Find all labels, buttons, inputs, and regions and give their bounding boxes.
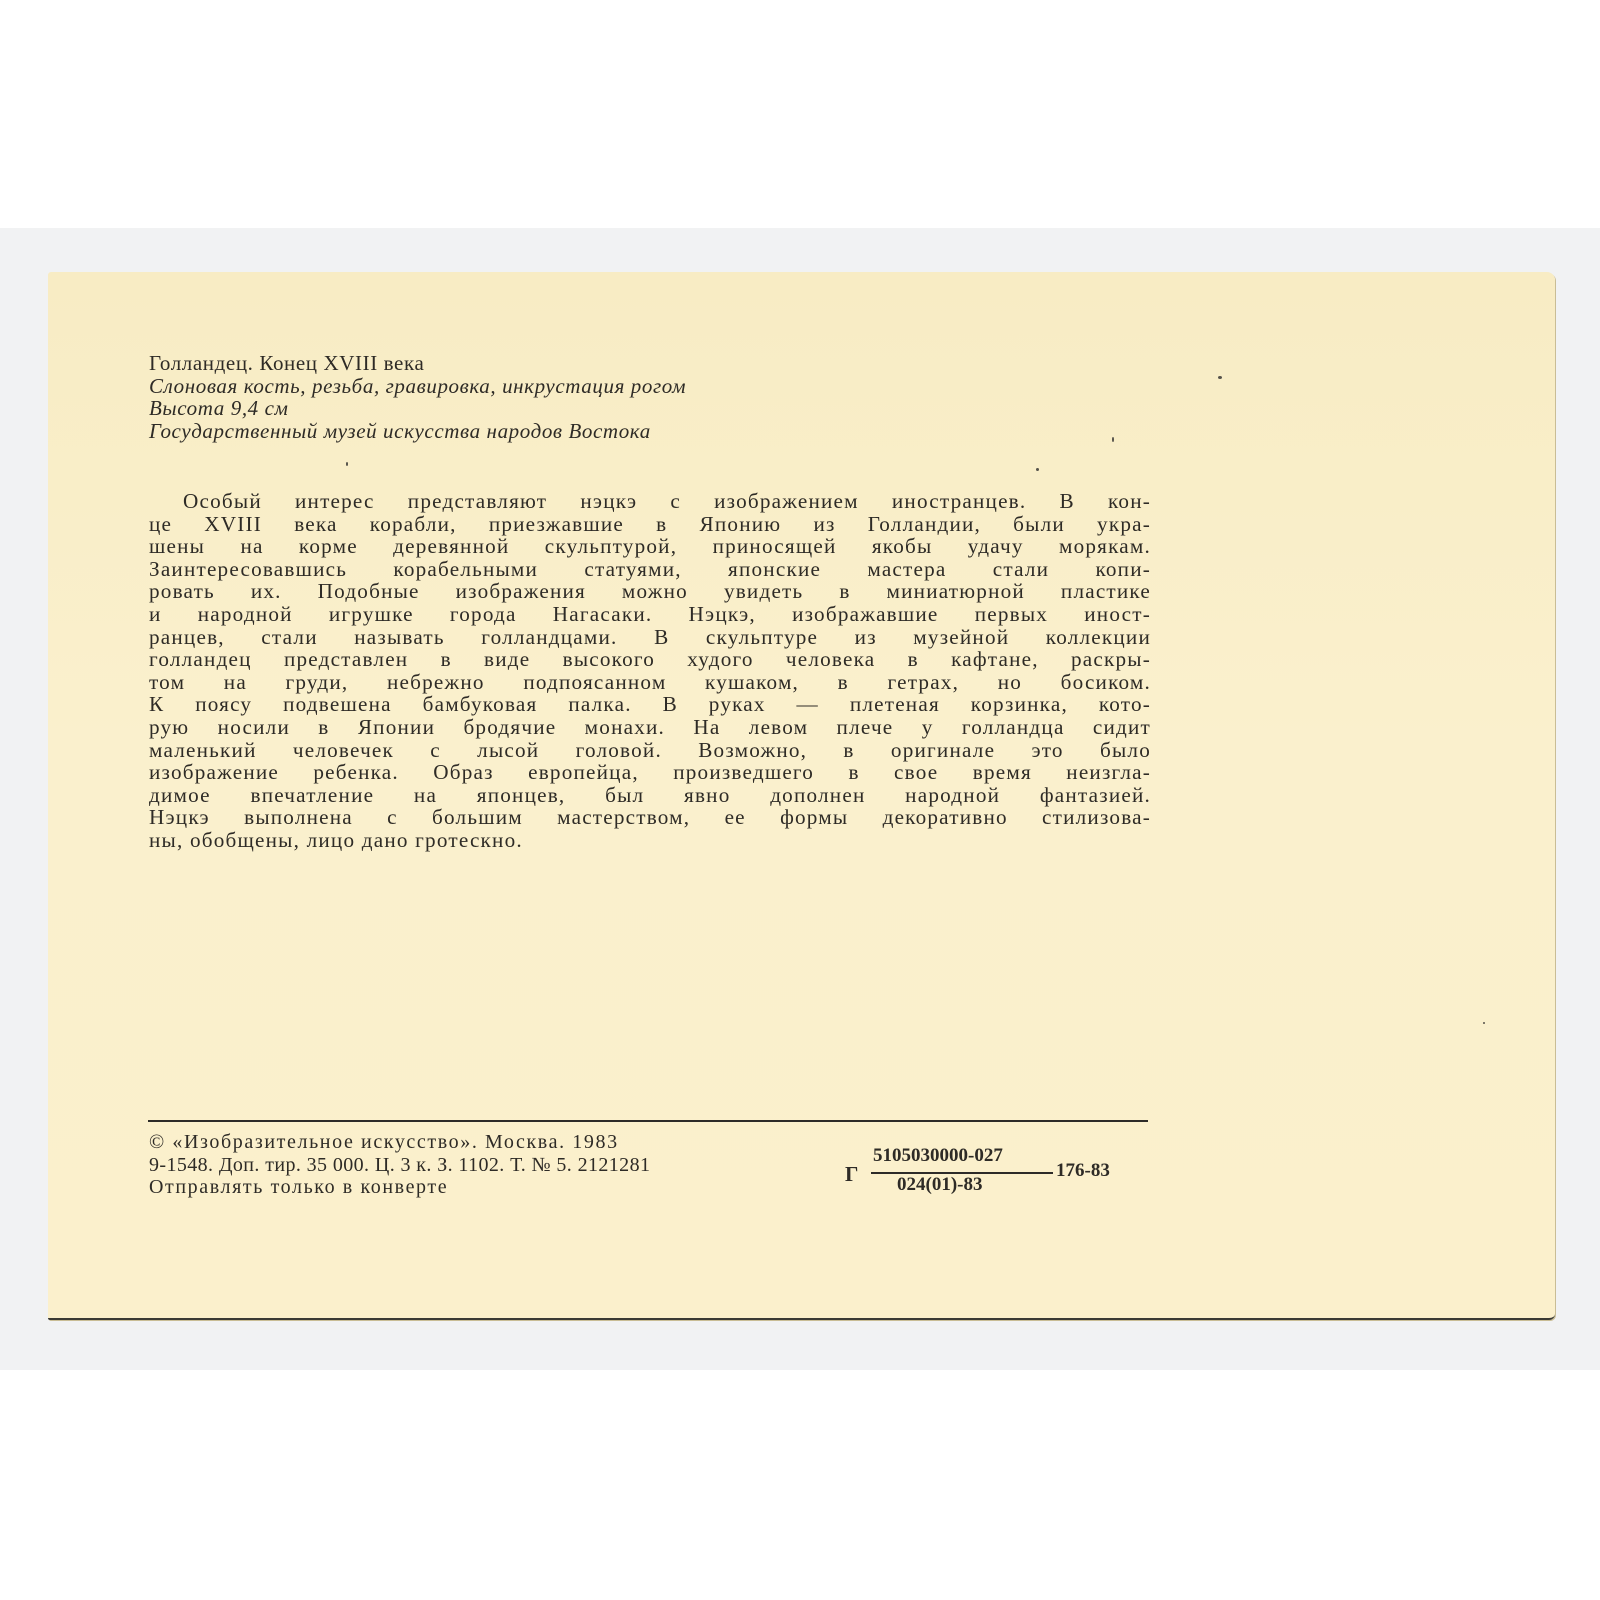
description-line: це XVIII века корабли, приезжавшие в Япо…	[149, 513, 1151, 536]
separator-line	[148, 1120, 1148, 1122]
catalog-denominator: 024(01)-83	[897, 1174, 982, 1196]
print-speck	[1218, 376, 1222, 379]
description-line: голландец представлен в виде высокого ху…	[149, 648, 1151, 671]
description-line: рую носили в Японии бродячие монахи. На …	[149, 716, 1151, 739]
print-speck	[1112, 437, 1114, 442]
publisher-line: © «Изобразительное искусство». Москва. 1…	[149, 1131, 650, 1154]
artwork-title: Голландец. Конец XVIII века	[149, 352, 1049, 375]
artwork-height: Высота 9,4 см	[149, 397, 1049, 420]
description-line: димое впечатление на японцев, был явно д…	[149, 784, 1151, 807]
description-line: и народной игрушке города Нагасаки. Нэцк…	[149, 603, 1151, 626]
description-line: Заинтересовавшись корабельными статуями,…	[149, 558, 1151, 581]
description-line: ны, обобщены, лицо дано гротескно.	[149, 829, 1151, 852]
catalog-letter: Г	[845, 1162, 858, 1187]
artwork-material: Слоновая кость, резьба, гравировка, инкр…	[149, 375, 1049, 398]
description-line: шены на корме деревянной скульптурой, пр…	[149, 535, 1151, 558]
catalog-code: Г 5105030000-027 024(01)-83 176-83	[845, 1148, 1145, 1208]
description-line: том на груди, небрежно подпоясанном куша…	[149, 671, 1151, 694]
description-line: изображение ребенка. Образ европейца, пр…	[149, 761, 1151, 784]
artwork-caption: Голландец. Конец XVIII века Слоновая кос…	[149, 352, 1049, 442]
artwork-museum: Государственный музей искусства народов …	[149, 420, 1049, 443]
catalog-numerator: 5105030000-027	[873, 1145, 1003, 1167]
description-line: Нэцкэ выполнена с большим мастерством, е…	[149, 806, 1151, 829]
print-speck	[346, 462, 348, 466]
print-speck	[1483, 1022, 1485, 1024]
publisher-imprint: © «Изобразительное искусство». Москва. 1…	[149, 1131, 650, 1199]
description-line: маленький человечек с лысой головой. Воз…	[149, 739, 1151, 762]
catalog-suffix: 176-83	[1056, 1160, 1110, 1182]
description-line: ранцев, стали называть голландцами. В ск…	[149, 626, 1151, 649]
description-line: Особый интерес представляют нэцкэ с изоб…	[149, 490, 1151, 513]
print-speck	[1036, 468, 1039, 471]
description-text: Особый интерес представляют нэцкэ с изоб…	[149, 490, 1151, 852]
mailing-note: Отправлять только в конверте	[149, 1176, 650, 1199]
print-info-line: 9-1548. Доп. тир. 35 000. Ц. 3 к. З. 110…	[149, 1154, 650, 1177]
description-line: ровать их. Подобные изображения можно ув…	[149, 580, 1151, 603]
description-line: К поясу подвешена бамбуковая палка. В ру…	[149, 693, 1151, 716]
